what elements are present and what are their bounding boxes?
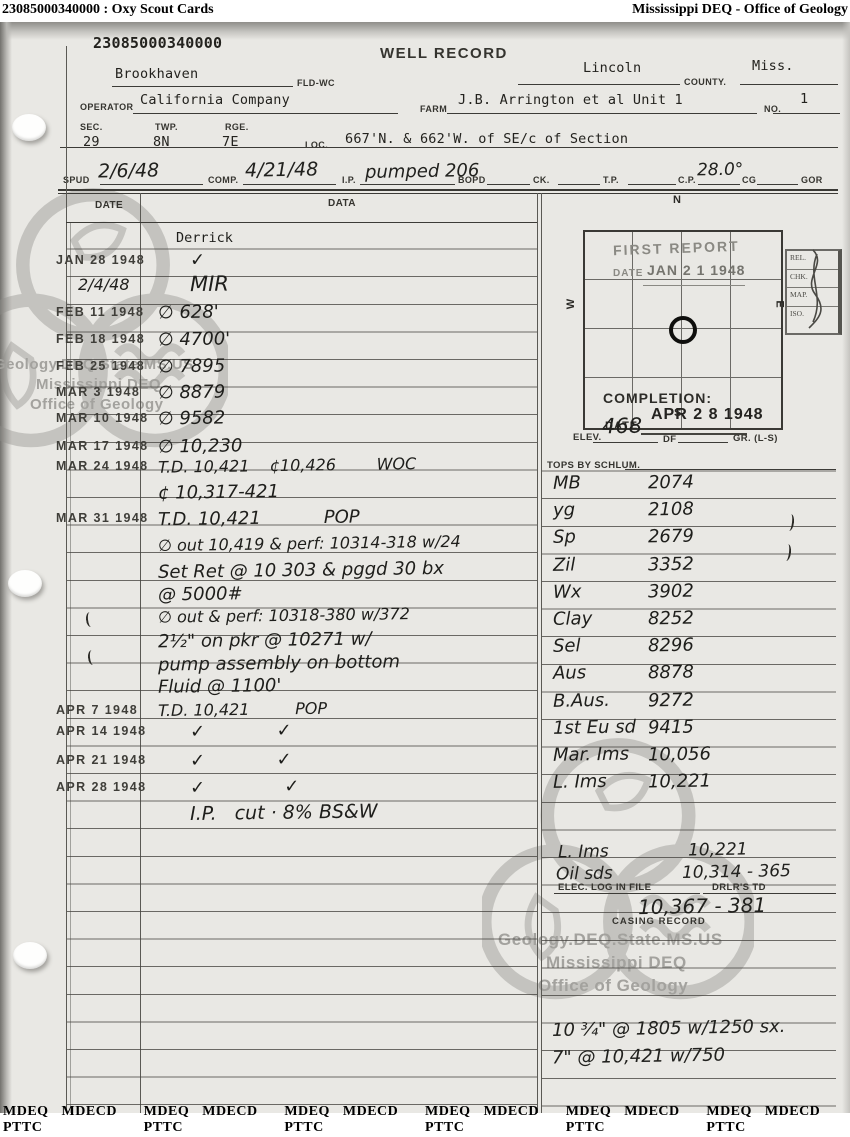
bopd-label: BOPD xyxy=(458,175,486,185)
elev-underline xyxy=(593,442,658,443)
first-report-date-stamp: JAN 2 1 1948 xyxy=(647,262,745,278)
plat-grid-line xyxy=(585,377,781,378)
api-number: 23085000340000 xyxy=(93,34,222,52)
ledger-date xyxy=(56,630,144,633)
ledger-data: ∅ 7895 xyxy=(144,355,226,377)
tops-row: Wx3902 xyxy=(553,581,835,608)
ledger-row: ∅ out & perf: 10318-380 w/372 xyxy=(56,606,538,625)
ledger-date xyxy=(56,606,144,609)
plat-grid-line xyxy=(585,279,781,280)
ledger-data: Derrick xyxy=(144,230,233,246)
punch-hole xyxy=(13,942,47,969)
ledger-row: ¢ 10,317-421 xyxy=(56,482,538,503)
tops-row: Clay8252 xyxy=(553,608,835,635)
review-stamp-scribble xyxy=(783,244,841,340)
footer-text: MDEQ MDECD PTTC xyxy=(425,1104,566,1137)
field-value: Brookhaven xyxy=(115,66,198,82)
ledger-data: ∅ out 10,419 & perf: 10314-318 w/24 xyxy=(144,532,461,555)
viewer-title-right: Mississippi DEQ - Office of Geology xyxy=(632,2,848,18)
ledger-date xyxy=(56,482,144,485)
top-name: Zil xyxy=(553,553,648,576)
viewer-header-bar: 23085000340000 : Oxy Scout Cards Mississ… xyxy=(0,0,850,22)
cg-underline xyxy=(757,184,798,185)
casing-row-1: 10 ¾" @ 1805 w/1250 sx. xyxy=(552,1016,786,1041)
cp-label: C.P. xyxy=(678,175,696,185)
ledger-date: MAR 10 1948 xyxy=(56,408,144,425)
well-record-viewer: 23085000340000 : Oxy Scout Cards Mississ… xyxy=(0,0,850,1137)
top-name: Mar. Ims xyxy=(553,743,648,766)
well-location-marker xyxy=(669,316,697,344)
top-name: Aus xyxy=(553,661,648,684)
loc-value: 667'N. & 662'W. of SE/c of Section xyxy=(345,131,628,147)
ledger-data: ✓ ✓ xyxy=(144,720,294,743)
footer-text: MDEQ MDECD PTTC xyxy=(706,1104,847,1137)
ledger-row: APR 28 1948✓ ✓ xyxy=(56,777,538,798)
section-rule-bottom xyxy=(58,193,838,194)
punch-hole xyxy=(8,570,42,597)
scan-right-edge xyxy=(842,22,850,1113)
top-depth: 8296 xyxy=(648,635,694,657)
loc-label: LOC. xyxy=(305,140,328,150)
comp-underline xyxy=(243,184,336,185)
ledger-date xyxy=(56,676,144,679)
ledger-data: T.D. 10,421 POP xyxy=(144,699,327,721)
ledger-row: Fluid @ 1100' xyxy=(56,676,538,697)
ledger-date: FEB 18 1948 xyxy=(56,329,144,346)
date-column-header: DATE xyxy=(95,200,123,211)
sec-label: SEC. xyxy=(80,122,103,132)
ledger-row: JAN 28 1948✓ xyxy=(56,250,538,271)
ledger-row: 2/4/48MIR xyxy=(56,272,538,296)
viewer-footer-strip: MDEQ MDECD PTTC MDEQ MDECD PTTC MDEQ MDE… xyxy=(0,1113,850,1137)
ledger-row: FEB 25 1948∅ 7895 xyxy=(56,356,538,377)
bopd-underline xyxy=(487,184,530,185)
ledger-data: ✓ ✓ xyxy=(144,776,302,799)
ledger-data: T.D. 10,421 POP xyxy=(144,506,360,530)
file-oil-sds-depth: 10,314 - 365 xyxy=(682,861,791,883)
top-name: Wx xyxy=(553,580,648,603)
top-name: Sp xyxy=(553,526,648,549)
comp-label: COMP. xyxy=(208,175,238,185)
cg-label: CG xyxy=(742,175,756,185)
casing-row-2: 7" @ 10,421 w/750 xyxy=(552,1044,725,1068)
ledger-row: MAR 3 1948∅ 8879 xyxy=(56,382,538,403)
ledger-data: ✓ xyxy=(144,250,205,272)
ledger-row: 2½" on pkr @ 10271 w/ xyxy=(56,630,538,651)
twp-label: TWP. xyxy=(155,122,178,132)
tops-row: Sel8296 xyxy=(553,635,835,662)
farm-value: J.B. Arrington et al Unit 1 xyxy=(458,92,683,108)
ledger-date xyxy=(56,653,144,656)
ledger-data: pump assembly on bottom xyxy=(144,651,400,676)
top-depth: 2074 xyxy=(648,472,694,494)
footer-text: MDEQ MDECD PTTC xyxy=(284,1104,425,1137)
ledger-row: APR 7 1948T.D. 10,421 POP xyxy=(56,700,538,719)
ledger-row: Set Ret @ 10 303 & pggd 30 bx xyxy=(56,560,538,581)
ck-underline xyxy=(558,184,600,185)
top-depth: 10,056 xyxy=(648,743,711,765)
ledger-row: MAR 10 1948∅ 9582 xyxy=(56,408,538,429)
footer-text: MDEQ MDECD PTTC xyxy=(566,1104,707,1137)
tops-row: 1st Eu sd9415 xyxy=(553,717,835,744)
tops-row: Mar. Ims10,056 xyxy=(553,744,835,771)
ip-underline xyxy=(360,184,455,185)
top-name: Clay xyxy=(553,607,648,630)
rge-label: RGE. xyxy=(225,122,249,132)
ledger-data: ∅ 9582 xyxy=(144,407,226,429)
first-report-date-label: DATE xyxy=(613,268,643,279)
file-l-ims-depth: 10,221 xyxy=(688,839,748,860)
card-title: WELL RECORD xyxy=(380,45,508,62)
ledger-date xyxy=(56,560,144,563)
cp-underline xyxy=(698,184,740,185)
tp-underline xyxy=(628,184,676,185)
ledger-row: pump assembly on bottom xyxy=(56,653,538,674)
farm-underline xyxy=(447,113,757,114)
operator-label: OPERATOR xyxy=(80,102,133,112)
viewer-title-left: 23085000340000 : Oxy Scout Cards xyxy=(2,2,214,18)
ledger-data: ∅ 4700' xyxy=(144,328,230,350)
gor-label: GOR xyxy=(801,175,823,185)
file-l-ims-name: L. Ims xyxy=(558,842,609,863)
operator-underline xyxy=(133,113,398,114)
df-label: DF xyxy=(663,434,676,445)
well-no-underline xyxy=(773,113,840,114)
completion-stamp: COMPLETION: xyxy=(603,390,712,406)
ledger-row: I.P. cut · 8% BS&W xyxy=(56,802,538,824)
ledger-date xyxy=(56,230,144,233)
spud-underline xyxy=(100,184,203,185)
top-depth: 2108 xyxy=(648,499,694,521)
top-name: L. Ims xyxy=(553,770,648,793)
top-depth: 10,221 xyxy=(648,771,711,793)
state-value: Miss. xyxy=(752,58,794,74)
ledger-row: MAR 31 1948T.D. 10,421 POP xyxy=(56,508,538,529)
tops-underline xyxy=(625,469,836,470)
ledger-row: ∅ out 10,419 & perf: 10314-318 w/24 xyxy=(56,534,538,553)
top-name: B.Aus. xyxy=(553,689,648,712)
ip-label: I.P. xyxy=(342,175,356,185)
top-name: 1st Eu sd xyxy=(553,716,648,739)
county-value: Lincoln xyxy=(583,60,641,76)
tops-row: B.Aus.9272 xyxy=(553,690,835,717)
operator-value: California Company xyxy=(140,92,290,108)
ledger-row: MAR 24 1948T.D. 10,421 ¢10,426 WOC xyxy=(56,456,538,475)
tp-label: T.P. xyxy=(603,175,619,185)
section-rule-top xyxy=(58,189,838,191)
elec-log-label: ELEC. LOG IN FILE xyxy=(558,882,651,893)
data-column-header: DATA xyxy=(328,198,356,209)
ledger-data: ∅ 628' xyxy=(144,301,219,323)
tops-row: Sp2679 xyxy=(553,526,835,553)
ledger-date: FEB 11 1948 xyxy=(56,302,144,319)
top-depth: 3902 xyxy=(648,580,694,602)
top-depth: 9415 xyxy=(648,716,694,738)
tops-row: Zil3352 xyxy=(553,554,835,581)
tops-row: L. Ims10,221 xyxy=(553,771,835,798)
county-label: COUNTY. xyxy=(684,77,726,87)
completion-underline xyxy=(641,433,747,435)
well-no-value: 1 xyxy=(800,91,808,107)
top-depth: 8878 xyxy=(648,662,694,684)
gr-label: GR. (L-S) xyxy=(733,433,778,444)
state-underline xyxy=(740,84,838,85)
ledger-row: @ 5000# xyxy=(56,584,538,605)
ledger-data: T.D. 10,421 ¢10,426 WOC xyxy=(144,454,416,477)
scanned-well-record-card: Geology.DEQ.State.MS.US Mississippi DEQ … xyxy=(0,22,850,1113)
ledger-date: APR 21 1948 xyxy=(56,750,144,767)
ledger-date xyxy=(56,534,144,537)
elev-value: 468 xyxy=(602,414,643,439)
spud-value: 2/6/48 xyxy=(98,159,160,182)
drlrs-td-label: DRLR'S TD xyxy=(712,882,766,893)
ledger-date: MAR 3 1948 xyxy=(56,382,144,399)
ledger-date: MAR 24 1948 xyxy=(56,456,144,473)
ledger-row: Derrick xyxy=(56,230,538,246)
ledger-data: ✓ ✓ xyxy=(144,749,294,772)
comp-value: 4/21/48 xyxy=(245,158,319,181)
plat-south-label: S xyxy=(674,407,681,419)
ledger-data: @ 5000# xyxy=(144,583,243,605)
top-depth: 8252 xyxy=(648,608,694,630)
ledger-row: APR 21 1948✓ ✓ xyxy=(56,750,538,771)
ledger-data: Fluid @ 1100' xyxy=(144,675,282,698)
top-name: MB xyxy=(553,471,648,494)
ledger-row: MAR 17 1948∅ 10,230 xyxy=(56,436,538,457)
plat-west-label: W xyxy=(565,299,577,309)
footer-text: MDEQ MDECD PTTC xyxy=(3,1104,144,1137)
cp-value: 28.0° xyxy=(697,160,744,181)
ledger-data: ¢ 10,317-421 xyxy=(144,481,279,504)
ledger-date xyxy=(56,584,144,587)
field-label: FLD-WC xyxy=(297,78,335,88)
top-name: Sel xyxy=(553,634,648,657)
top-depth: 3352 xyxy=(648,553,694,575)
ledger-data: 2½" on pkr @ 10271 w/ xyxy=(144,628,372,652)
punch-hole xyxy=(12,114,46,141)
ledger-data: Set Ret @ 10 303 & pggd 30 bx xyxy=(144,558,444,583)
ledger-data: I.P. cut · 8% BS&W xyxy=(144,800,378,825)
ledger-date: 2/4/48 xyxy=(56,272,166,294)
ledger-date: APR 14 1948 xyxy=(56,721,144,738)
field-underline xyxy=(112,86,293,87)
tops-row: Aus8878 xyxy=(553,662,835,689)
ledger-data: ∅ out & perf: 10318-380 w/372 xyxy=(144,604,410,627)
ledger-data: ∅ 8879 xyxy=(144,381,226,403)
ck-label: CK. xyxy=(533,175,550,185)
farm-label: FARM xyxy=(420,104,447,114)
plat-north-label: N xyxy=(673,194,681,206)
ledger-row: FEB 18 1948∅ 4700' xyxy=(56,329,538,350)
ledger-data: MIR xyxy=(166,272,229,297)
ledger-date: APR 7 1948 xyxy=(56,700,144,717)
county-underline xyxy=(518,84,680,85)
loc-underline xyxy=(60,147,838,148)
first-report-stamp: FIRST REPORT xyxy=(613,238,740,258)
first-report-underline xyxy=(643,285,745,286)
ledger-data: ∅ 10,230 xyxy=(144,435,243,457)
top-depth: 9272 xyxy=(648,689,694,711)
casing-record-label: CASING RECORD xyxy=(612,916,706,927)
location-plat: FIRST REPORT DATE JAN 2 1 1948 COMPLETIO… xyxy=(583,230,783,430)
ledger-row: APR 14 1948✓ ✓ xyxy=(56,721,538,742)
completion-date-stamp: APR 2 8 1948 xyxy=(651,406,764,424)
footer-text: MDEQ MDECD PTTC xyxy=(144,1104,285,1137)
ledger-date xyxy=(56,802,144,805)
ledger-row: FEB 11 1948∅ 628' xyxy=(56,302,538,323)
top-depth: 2679 xyxy=(648,526,694,548)
tops-row: MB2074 xyxy=(553,472,835,499)
ledger-date: JAN 28 1948 xyxy=(56,250,144,267)
ledger-date: MAR 31 1948 xyxy=(56,508,144,525)
df-underline xyxy=(678,442,728,443)
ledger-date: MAR 17 1948 xyxy=(56,436,144,453)
ledger-date: FEB 25 1948 xyxy=(56,356,144,373)
top-name: yg xyxy=(553,498,648,521)
ledger-date: APR 28 1948 xyxy=(56,777,144,794)
